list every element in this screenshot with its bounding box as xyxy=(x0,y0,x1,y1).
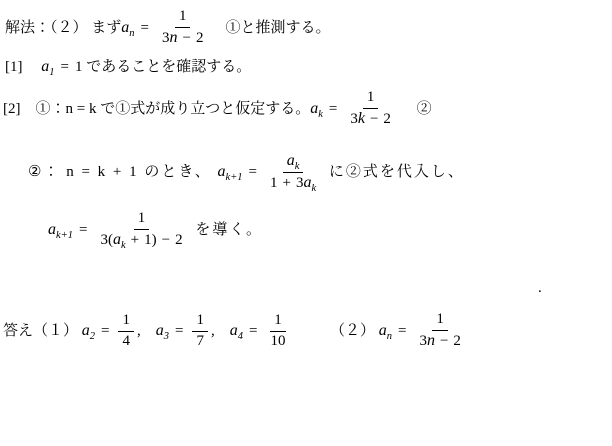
text-run: であることを確認する。 xyxy=(82,58,251,77)
math-operator: = xyxy=(249,322,257,341)
math-variable: a3 xyxy=(156,321,169,341)
math-operator: = xyxy=(141,19,149,38)
math-variable: ak xyxy=(303,174,316,191)
math-operator: = xyxy=(79,221,87,240)
fraction-numerator: 1 xyxy=(175,9,191,28)
math-number: 1 xyxy=(367,89,375,105)
math-number: 1 xyxy=(436,311,444,327)
math-number: 10 xyxy=(270,333,285,349)
induction-step-line: ②： n = k + 1 のとき、 ak+1=ak1+3ak に②式を代入し、 xyxy=(28,146,465,198)
math-subscript: 4 xyxy=(238,331,243,342)
fraction: 13n−2 xyxy=(158,9,207,47)
text-run: , xyxy=(137,322,156,341)
fraction: ak1+3ak xyxy=(266,153,320,192)
math-variable: an xyxy=(379,321,392,341)
fraction-numerator: 1 xyxy=(270,313,286,332)
math-variable: a2 xyxy=(82,321,95,341)
text-run: [2] ①：n = k で①式が成り立つと仮定する。 xyxy=(3,100,310,119)
math-variable: ak xyxy=(287,152,300,169)
fraction-numerator: ak xyxy=(283,153,304,173)
math-number: 1 xyxy=(274,312,282,328)
fraction: 13n−2 xyxy=(415,312,464,350)
math-operator: = xyxy=(329,100,337,119)
math-subscript: n xyxy=(387,331,392,342)
fraction-denominator: 4 xyxy=(118,332,134,350)
math-variable: a1 xyxy=(41,57,54,77)
math-operator: = xyxy=(249,163,257,182)
math-variable: ak xyxy=(310,99,323,119)
text-run: に②式を代入し、 xyxy=(323,163,465,182)
math-number: 1) xyxy=(144,232,157,248)
fraction-denominator: 7 xyxy=(192,332,208,350)
fraction-numerator: 1 xyxy=(192,313,208,332)
induction-base-step-line: [1] a1=1 であることを確認する。 xyxy=(5,54,251,80)
math-subscript: 3 xyxy=(164,331,169,342)
math-number: 2 xyxy=(175,232,183,248)
fraction: 110 xyxy=(266,313,289,350)
math-variable: ak xyxy=(113,231,126,248)
text-run: 答え（１） xyxy=(3,322,82,341)
math-subscript: k xyxy=(121,240,126,251)
fraction-numerator: 1 xyxy=(363,90,379,109)
math-variable: n xyxy=(427,332,435,349)
math-variable: n xyxy=(169,29,177,46)
math-variable: an xyxy=(121,18,134,38)
math-number: 2 xyxy=(383,111,391,127)
fraction: 17 xyxy=(192,313,208,350)
math-number: 3( xyxy=(100,232,113,248)
math-variable: ak+1 xyxy=(48,220,73,240)
math-operator: − xyxy=(370,111,378,127)
math-variable: ak+1 xyxy=(218,162,243,182)
math-operator: + xyxy=(131,232,139,248)
fraction-denominator: 3(ak+1)−2 xyxy=(96,230,186,249)
induction-hypothesis-line: [2] ①：n = k で①式が成り立つと仮定する。ak=13k−2 ② xyxy=(3,86,432,132)
text-run: ②： n = k + 1 のとき、 xyxy=(28,163,218,182)
text-run: を導く。 xyxy=(190,221,263,240)
math-number: 1 xyxy=(122,312,130,328)
fraction-denominator: 3n−2 xyxy=(158,28,207,47)
math-subscript: k+1 xyxy=(56,230,73,241)
fraction: 14 xyxy=(118,313,134,350)
answers-line: 答え（１） a2=14, a3=17, a4=110 （２） an=13n−2 xyxy=(3,304,468,358)
text-run: [1] xyxy=(5,58,41,77)
math-number: 1 xyxy=(179,8,187,24)
math-subscript: k xyxy=(311,183,316,194)
math-number: 7 xyxy=(196,333,204,349)
math-worksheet-page: 解法：（２） まずan=13n−2 ①と推測する。 [1] a1=1 であること… xyxy=(0,0,612,446)
math-number: 1 xyxy=(138,210,146,226)
math-number: 3 xyxy=(419,333,427,349)
stray-dot: . xyxy=(538,280,542,297)
text-run: ①と推測する。 xyxy=(210,19,330,38)
math-operator: = xyxy=(101,322,109,341)
derivation-line: ak+1=13(ak+1)−2 を導く。 xyxy=(48,204,263,256)
math-variable: k xyxy=(358,110,365,127)
text-run: , xyxy=(211,322,230,341)
text-run: ② xyxy=(398,100,432,119)
fraction-numerator: 1 xyxy=(134,211,150,230)
fraction-denominator: 3k−2 xyxy=(346,109,395,128)
fraction: 13k−2 xyxy=(346,90,395,128)
math-operator: − xyxy=(440,333,448,349)
math-number: 1 xyxy=(270,175,278,191)
math-operator: = xyxy=(175,322,183,341)
fraction-numerator: 1 xyxy=(432,312,448,331)
math-number: 2 xyxy=(196,30,204,46)
math-subscript: k+1 xyxy=(226,172,243,183)
fraction: 13(ak+1)−2 xyxy=(96,211,186,249)
math-number: 1 xyxy=(196,312,204,328)
math-variable: a4 xyxy=(230,321,243,341)
math-operator: + xyxy=(283,175,291,191)
math-number: 4 xyxy=(122,333,130,349)
math-number: 3 xyxy=(350,111,358,127)
math-operator: = xyxy=(61,58,69,77)
math-subscript: k xyxy=(295,161,300,172)
math-operator: = xyxy=(398,322,406,341)
math-subscript: k xyxy=(318,109,323,120)
math-number: 1 xyxy=(75,58,83,77)
text-run: 解法：（２） まず xyxy=(5,19,121,38)
math-operator: − xyxy=(182,30,190,46)
solution-header-line: 解法：（２） まずan=13n−2 ①と推測する。 xyxy=(5,6,330,50)
fraction-numerator: 1 xyxy=(118,313,134,332)
fraction-denominator: 10 xyxy=(266,332,289,350)
fraction-denominator: 1+3ak xyxy=(266,173,320,192)
math-number: 2 xyxy=(453,333,461,349)
math-subscript: 2 xyxy=(90,331,95,342)
math-subscript: 1 xyxy=(49,67,54,78)
fraction-denominator: 3n−2 xyxy=(415,331,464,350)
text-run: （２） xyxy=(292,322,378,341)
math-subscript: n xyxy=(129,28,134,39)
math-operator: − xyxy=(162,232,170,248)
